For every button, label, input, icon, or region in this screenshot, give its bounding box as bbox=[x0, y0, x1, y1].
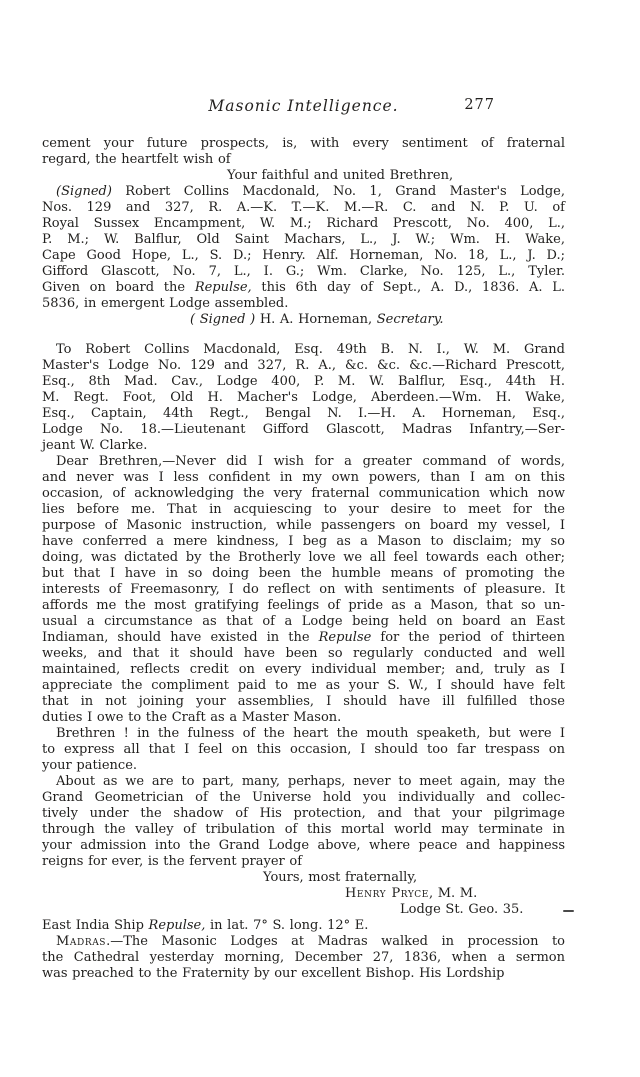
text-line: tively under the shadow of His protectio… bbox=[42, 806, 565, 822]
text-line: Gifford Glascott, No. 7, L., I. G.; Wm. … bbox=[42, 264, 565, 280]
text-line: doing, was dictated by the Brotherly lov… bbox=[42, 550, 565, 566]
text-line: Nos. 129 and 327, R. A.—K. T.—K. M.—R. C… bbox=[42, 200, 565, 216]
paragraph: (Signed) Robert Collins Macdonald, No. 1… bbox=[42, 184, 565, 312]
text-line: jeant W. Clarke. bbox=[42, 438, 565, 454]
text-line: Given on board the Repulse, this 6th day… bbox=[42, 280, 565, 296]
text-line: maintained, reflects credit on every ind… bbox=[42, 662, 565, 678]
text-column: cement your future prospects, is, with e… bbox=[42, 136, 565, 982]
text-line: 5836, in emergent Lodge assembled. bbox=[42, 296, 565, 312]
text-line: cement your future prospects, is, with e… bbox=[42, 136, 565, 152]
text-line: ( Signed ) H. A. Horneman, Secretary. bbox=[42, 312, 565, 328]
scanned-book-page: Masonic Intelligence. 277 cement your fu… bbox=[0, 0, 640, 1077]
paragraph: To Robert Collins Macdonald, Esq. 49th B… bbox=[42, 342, 565, 454]
scan-artifact-dash bbox=[563, 910, 574, 912]
text-line: Dear Brethren,—Never did I wish for a gr… bbox=[42, 454, 565, 470]
paragraph: About as we are to part, many, perhaps, … bbox=[42, 774, 565, 870]
text-line: was preached to the Fraternity by our ex… bbox=[42, 966, 565, 982]
text-line: Royal Sussex Encampment, W. M.; Richard … bbox=[42, 216, 565, 232]
text-line: but that I have in so doing been the hum… bbox=[42, 566, 565, 582]
paragraph: East India Ship Repulse, in lat. 7° S. l… bbox=[42, 918, 565, 934]
text-line: the Cathedral yesterday morning, Decembe… bbox=[42, 950, 565, 966]
text-line: lies before me. That in acquiescing to y… bbox=[42, 502, 565, 518]
text-line: weeks, and that it should have been so r… bbox=[42, 646, 565, 662]
text-line: Madras.—The Masonic Lodges at Madras wal… bbox=[42, 934, 565, 950]
paragraph: Madras.—The Masonic Lodges at Madras wal… bbox=[42, 934, 565, 982]
text-line: appreciate the compliment paid to me as … bbox=[42, 678, 565, 694]
text-line: affords me the most gratifying feelings … bbox=[42, 598, 565, 614]
text-line: Cape Good Hope, L., S. D.; Henry. Alf. H… bbox=[42, 248, 565, 264]
text-line: your patience. bbox=[42, 758, 565, 774]
page-number: 277 bbox=[464, 97, 495, 113]
text-line: To Robert Collins Macdonald, Esq. 49th B… bbox=[42, 342, 565, 358]
text-line: usual a circumstance as that of a Lodge … bbox=[42, 614, 565, 630]
text-line: occasion, of acknowledging the very frat… bbox=[42, 486, 565, 502]
standalone-line: Lodge St. Geo. 35. bbox=[42, 902, 565, 918]
running-header: Masonic Intelligence. 277 bbox=[42, 97, 565, 119]
paragraph: Dear Brethren,—Never did I wish for a gr… bbox=[42, 454, 565, 726]
paragraph: Brethren ! in the fulness of the heart t… bbox=[42, 726, 565, 774]
text-line: Yours, most fraternally, bbox=[42, 870, 565, 886]
text-line: and never was I less confident in my own… bbox=[42, 470, 565, 486]
text-line: Esq., 8th Mad. Cav., Lodge 400, P. M. W.… bbox=[42, 374, 565, 390]
text-line: P. M.; W. Balflur, Old Saint Machars, L.… bbox=[42, 232, 565, 248]
standalone-line: ( Signed ) H. A. Horneman, Secretary. bbox=[42, 312, 565, 328]
text-line: reigns for ever, is the fervent prayer o… bbox=[42, 854, 565, 870]
text-line: have conferred a mere kindness, I beg as… bbox=[42, 534, 565, 550]
text-line: your admission into the Grand Lodge abov… bbox=[42, 838, 565, 854]
text-line: through the valley of tribulation of thi… bbox=[42, 822, 565, 838]
text-line: Grand Geometrician of the Universe hold … bbox=[42, 790, 565, 806]
text-line: Esq., Captain, 44th Regt., Bengal N. I.—… bbox=[42, 406, 565, 422]
text-line: that in not joining your assemblies, I s… bbox=[42, 694, 565, 710]
text-line: to express all that I feel on this occas… bbox=[42, 742, 565, 758]
standalone-line: Your faithful and united Brethren, bbox=[42, 168, 565, 184]
text-line: About as we are to part, many, perhaps, … bbox=[42, 774, 565, 790]
standalone-line: Henry Pryce, M. M. bbox=[42, 886, 565, 902]
paragraph: cement your future prospects, is, with e… bbox=[42, 136, 565, 168]
text-line: Brethren ! in the fulness of the heart t… bbox=[42, 726, 565, 742]
text-line: M. Regt. Foot, Old H. Macher's Lodge, Ab… bbox=[42, 390, 565, 406]
text-line: regard, the heartfelt wish of bbox=[42, 152, 565, 168]
text-line: Indiaman, should have existed in the Rep… bbox=[42, 630, 565, 646]
text-line: interests of Freemasonry, I do reflect o… bbox=[42, 582, 565, 598]
text-line: Master's Lodge No. 129 and 327, R. A., &… bbox=[42, 358, 565, 374]
text-line: duties I owe to the Craft as a Master Ma… bbox=[42, 710, 565, 726]
text-line: East India Ship Repulse, in lat. 7° S. l… bbox=[42, 918, 565, 934]
text-line: Lodge No. 18.—Lieutenant Gifford Glascot… bbox=[42, 422, 565, 438]
text-line: (Signed) Robert Collins Macdonald, No. 1… bbox=[42, 184, 565, 200]
text-line: Your faithful and united Brethren, bbox=[42, 168, 565, 184]
text-line: purpose of Masonic instruction, while pa… bbox=[42, 518, 565, 534]
standalone-line: Yours, most fraternally, bbox=[42, 870, 565, 886]
text-line: Henry Pryce, M. M. bbox=[42, 886, 565, 902]
text-line: Lodge St. Geo. 35. bbox=[42, 902, 565, 918]
